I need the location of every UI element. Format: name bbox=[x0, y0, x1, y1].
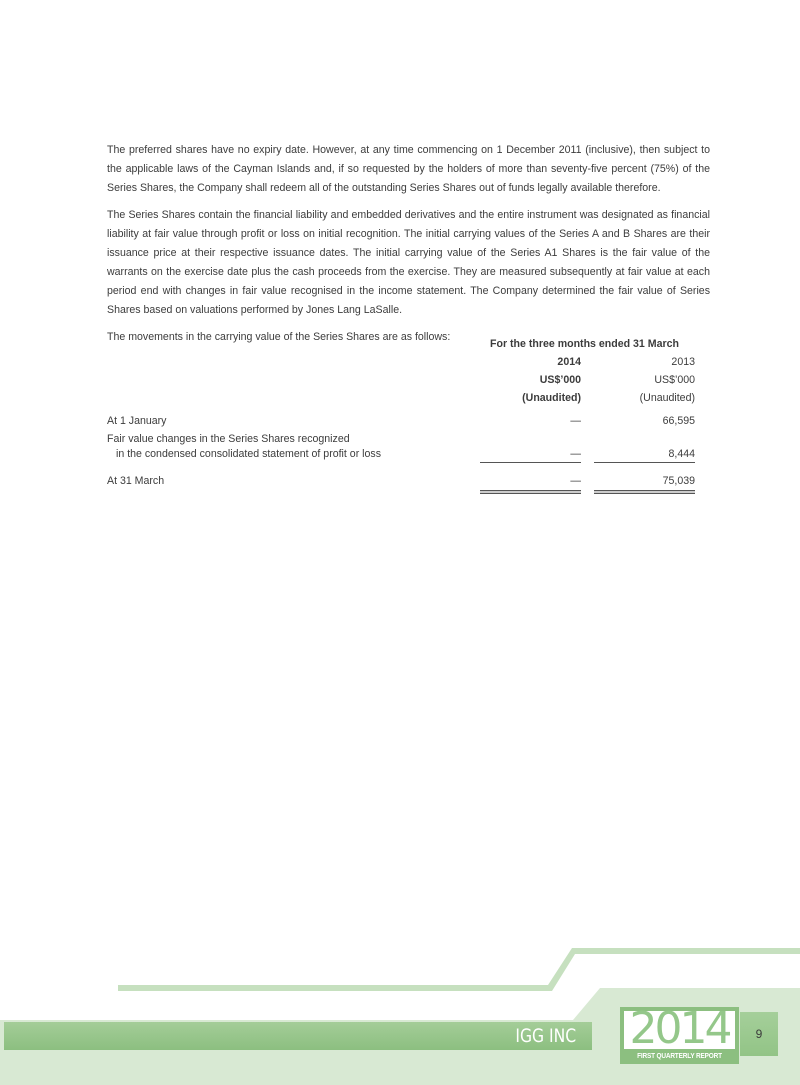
table-row-continued: in the condensed consolidated statement … bbox=[107, 448, 710, 466]
period-header: For the three months ended 31 March bbox=[490, 338, 679, 350]
company-name: IGG INC bbox=[515, 1025, 576, 1047]
total-rule-2014 bbox=[480, 490, 581, 494]
row-label-continued: in the condensed consolidated statement … bbox=[116, 448, 381, 460]
row-value-2013: 75,039 bbox=[594, 475, 695, 487]
col-2014-status: (Unaudited) bbox=[480, 392, 581, 404]
logo-caption: FIRST QUARTERLY REPORT bbox=[630, 1051, 729, 1060]
col-2014-year: 2014 bbox=[480, 356, 581, 368]
row-value-2013: 8,444 bbox=[594, 448, 695, 460]
col-2013-status: (Unaudited) bbox=[594, 392, 695, 404]
report-logo: 2014 FIRST QUARTERLY REPORT bbox=[620, 1007, 739, 1064]
paragraph-valuation: The Series Shares contain the financial … bbox=[107, 206, 710, 320]
col-2013-year: 2013 bbox=[594, 356, 695, 368]
subtotal-rule-2014 bbox=[480, 462, 581, 463]
logo-year: 2014 bbox=[624, 1003, 735, 1054]
page-number: 9 bbox=[740, 1027, 778, 1041]
total-rule-2013 bbox=[594, 490, 695, 494]
body-text: The preferred shares have no expiry date… bbox=[107, 141, 710, 355]
row-value-2014: — bbox=[480, 415, 581, 427]
col-2014-currency: US$’000 bbox=[480, 374, 581, 386]
row-value-2014: — bbox=[480, 475, 581, 487]
row-value-2014: — bbox=[480, 448, 581, 460]
company-bar: IGG INC bbox=[4, 1022, 592, 1050]
table-row: At 1 January — 66,595 bbox=[107, 415, 710, 433]
col-2013-currency: US$’000 bbox=[594, 374, 695, 386]
page-number-box: 9 bbox=[740, 1012, 778, 1056]
row-value-2013: 66,595 bbox=[594, 415, 695, 427]
paragraph-redemption: The preferred shares have no expiry date… bbox=[107, 141, 710, 198]
row-label: At 31 March bbox=[107, 475, 164, 487]
row-label: Fair value changes in the Series Shares … bbox=[107, 433, 350, 445]
row-label: At 1 January bbox=[107, 415, 166, 427]
subtotal-rule-2013 bbox=[594, 462, 695, 463]
